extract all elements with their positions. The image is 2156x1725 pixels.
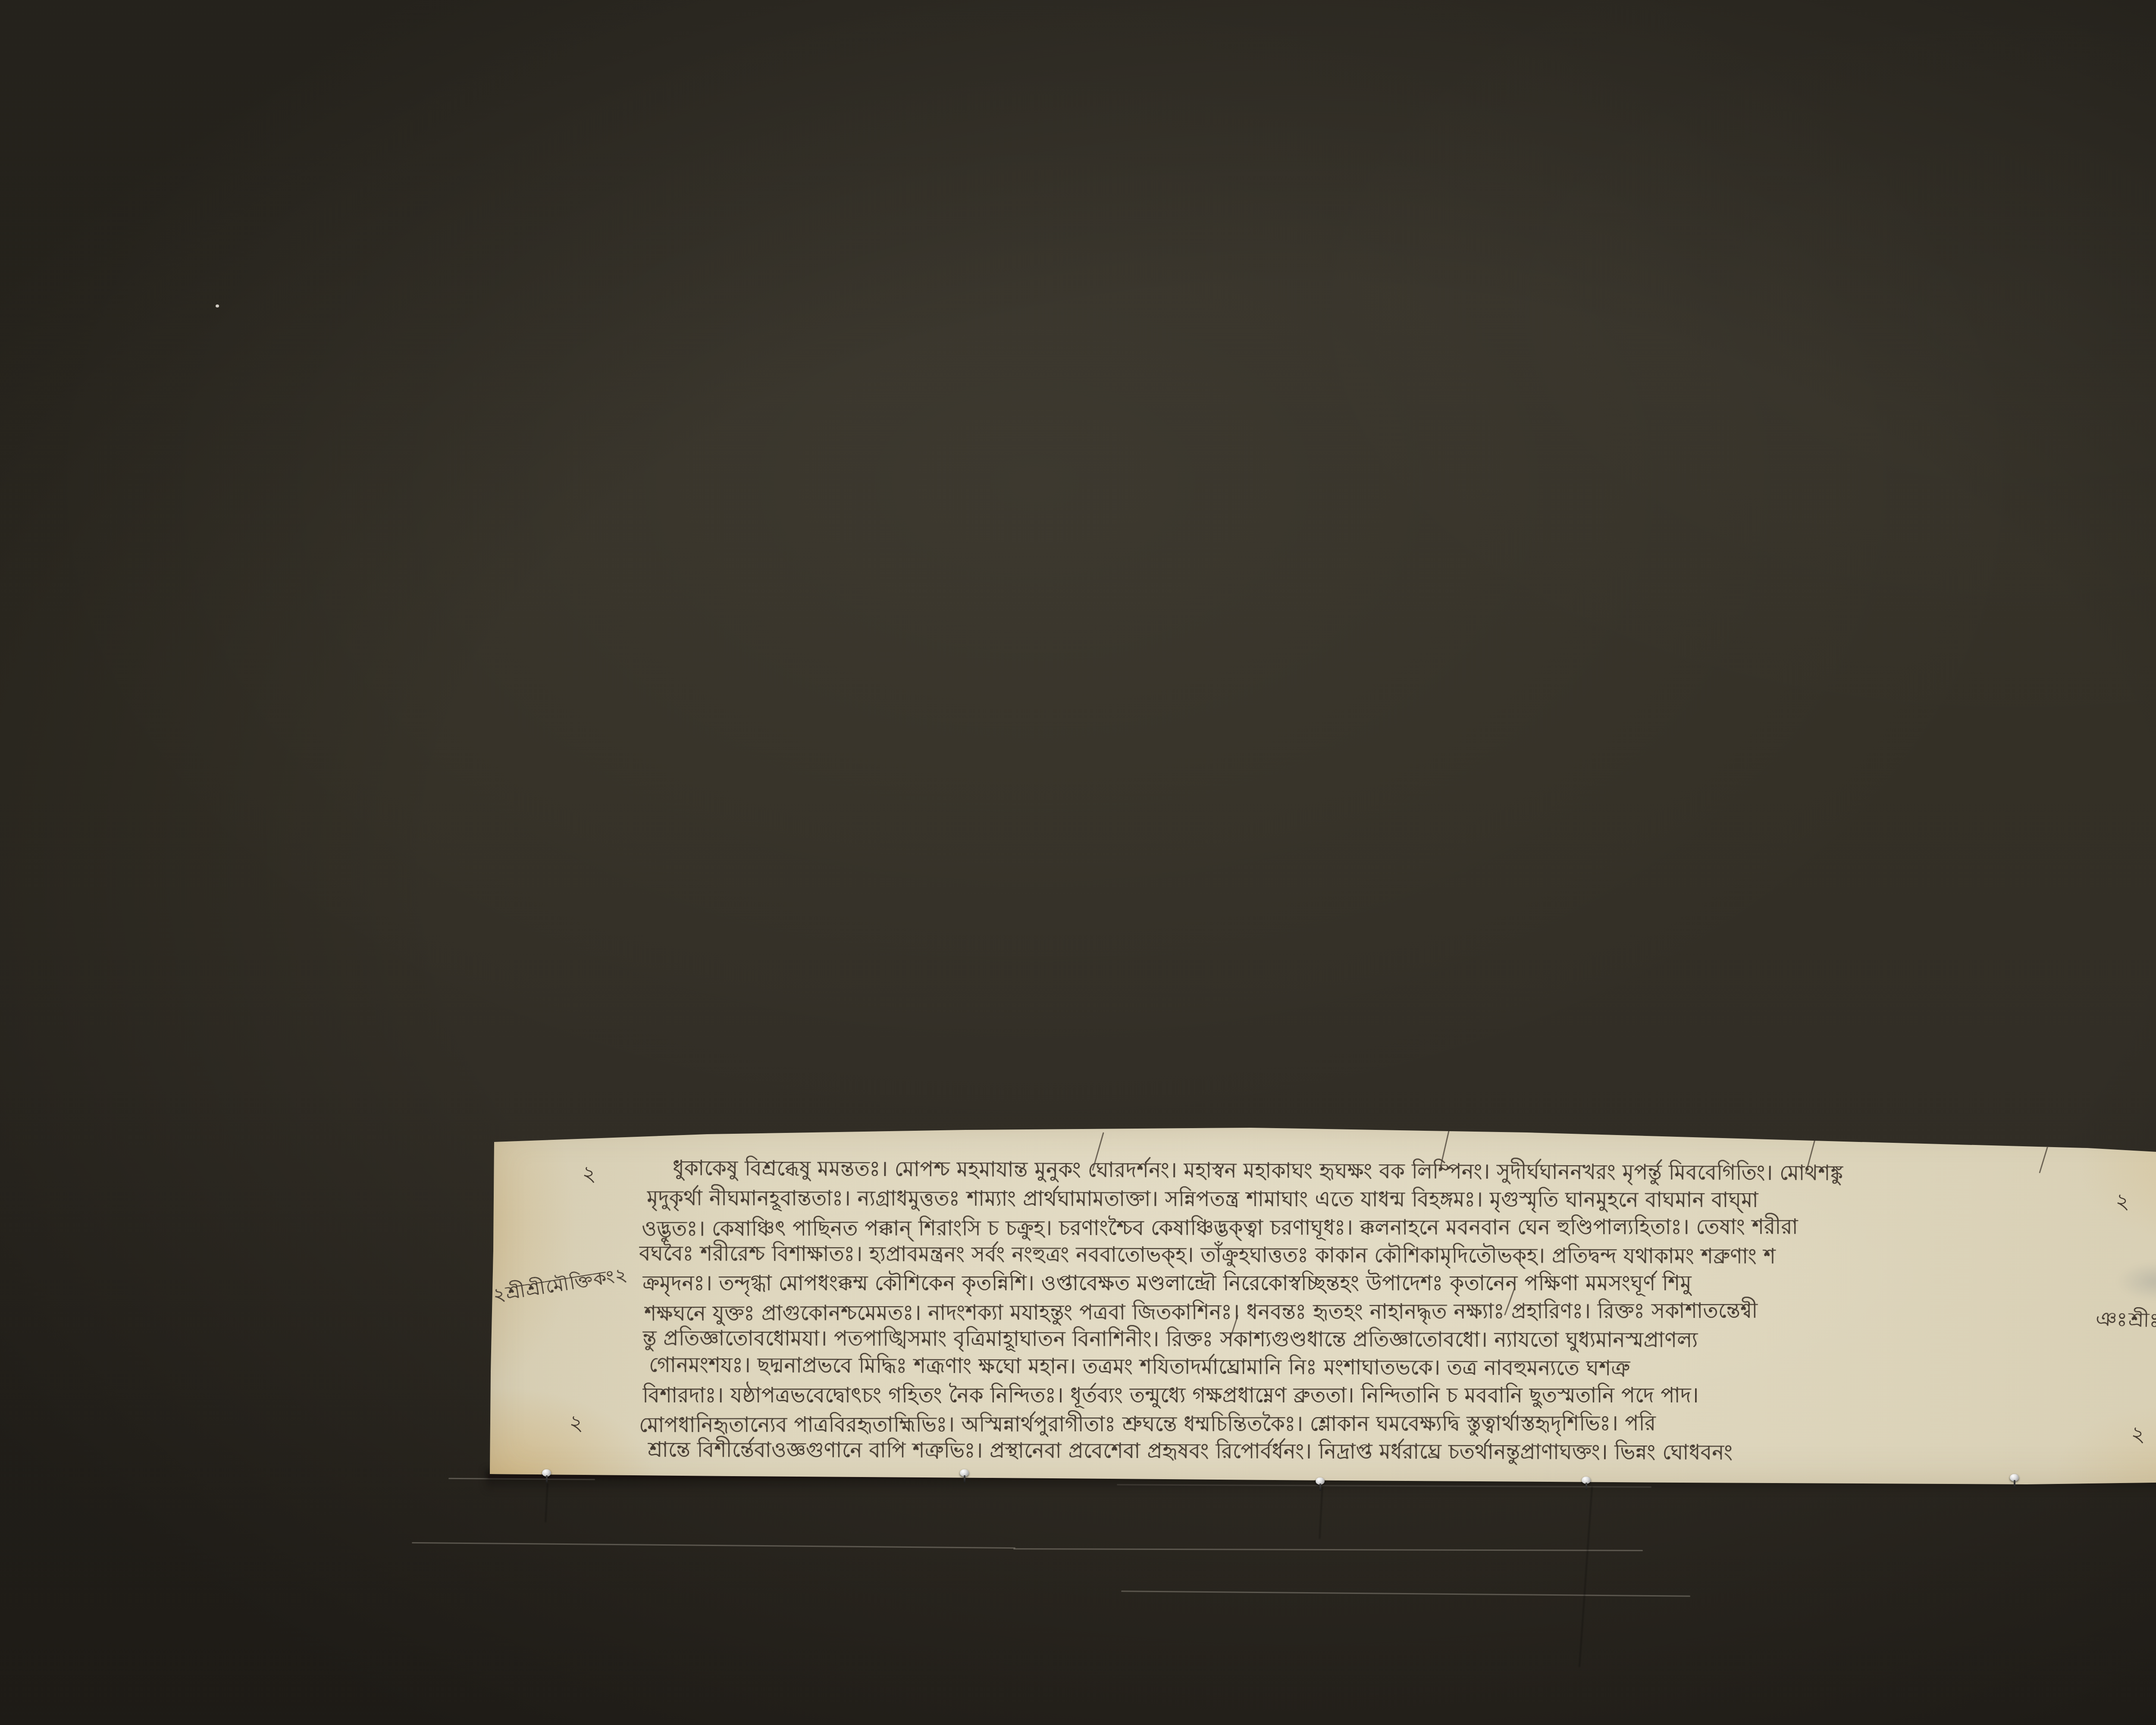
manuscript-line: মৃদুকৃর্থা নীঘমানহূবান্ততাঃ। ন্যগ্রাধমুত… [647,1184,2156,1214]
manuscript-line: বঘবৈঃ শরীরেশ্চ বিশাক্ষাতঃ। হ্যপ্রাবমন্ত্… [639,1239,2156,1270]
push-pin [960,1469,969,1484]
pin-stem [2014,1480,2015,1487]
pin-stem [1586,1483,1587,1490]
manuscript-line: শক্ষঘনে যুক্তঃ প্রাগুকোনশ্চমেমতঃ। নাদংশক… [644,1295,2156,1327]
left-margin-title: ২শ্রীশ্রীমৌক্তিকং২ [491,1261,630,1312]
folio-numeral-bottom-left: ২ [569,1407,583,1443]
manuscript-line: ন্তু প্রতিজ্ঞাতোবধোমযা। পতপাঙ্খিসমাং বৃত… [642,1324,2156,1354]
pin-stem [1319,1483,1321,1491]
folio-numeral-top-left: ২ [582,1157,596,1193]
manuscript-line: গোনমংশযঃ। ছদ্মনাপ্রভবে মিদ্ধিঃ শত্রূণাং … [649,1351,2156,1383]
push-pin [1582,1477,1591,1491]
dust-speck [216,304,219,307]
manuscript-line: শ্রান্তে বিশীর্ন্তেবাওজ্ঞগুণানে বাপি শত্… [648,1436,2156,1467]
pin-stem [964,1475,965,1483]
manuscript-page: ২ ২ ২ ২ ২শ্রীশ্রীমৌক্তিকং২ ঞঃশ্রীঃ২ ধুকা… [483,1121,2156,1488]
push-pin [2010,1474,2019,1489]
pin-stem [546,1475,548,1483]
push-pin [542,1469,552,1484]
manuscript-photograph: ২ ২ ২ ২ ২শ্রীশ্রীমৌক্তিকং২ ঞঃশ্রীঃ২ ধুকা… [0,0,2156,1725]
push-pin [1316,1477,1325,1492]
manuscript-line: মোপধানিহৃতান্যেব পাত্রবিরহৃতাহ্মিভিঃ। অস… [639,1408,2156,1438]
manuscript-line: ক্রমৃদনঃ। তন্দৃগ্ধা মোপধংক্কম্ম কৌশিকেন … [642,1270,2156,1297]
manuscript-line: ওদ্ভুতঃ। কেষাঞ্চিৎ পাছিনত পক্কান্ শিরাংস… [642,1212,2156,1242]
manuscript-line: বিশারদাঃ। যষ্ঠাপত্রভবেদ্বোৎচং গহিতং নৈক … [642,1382,2156,1409]
manuscript-line: ধুকাকেষু বিশ্রব্ধেষু মমন্ততঃ। মোপশ্চ মহম… [673,1154,2156,1188]
